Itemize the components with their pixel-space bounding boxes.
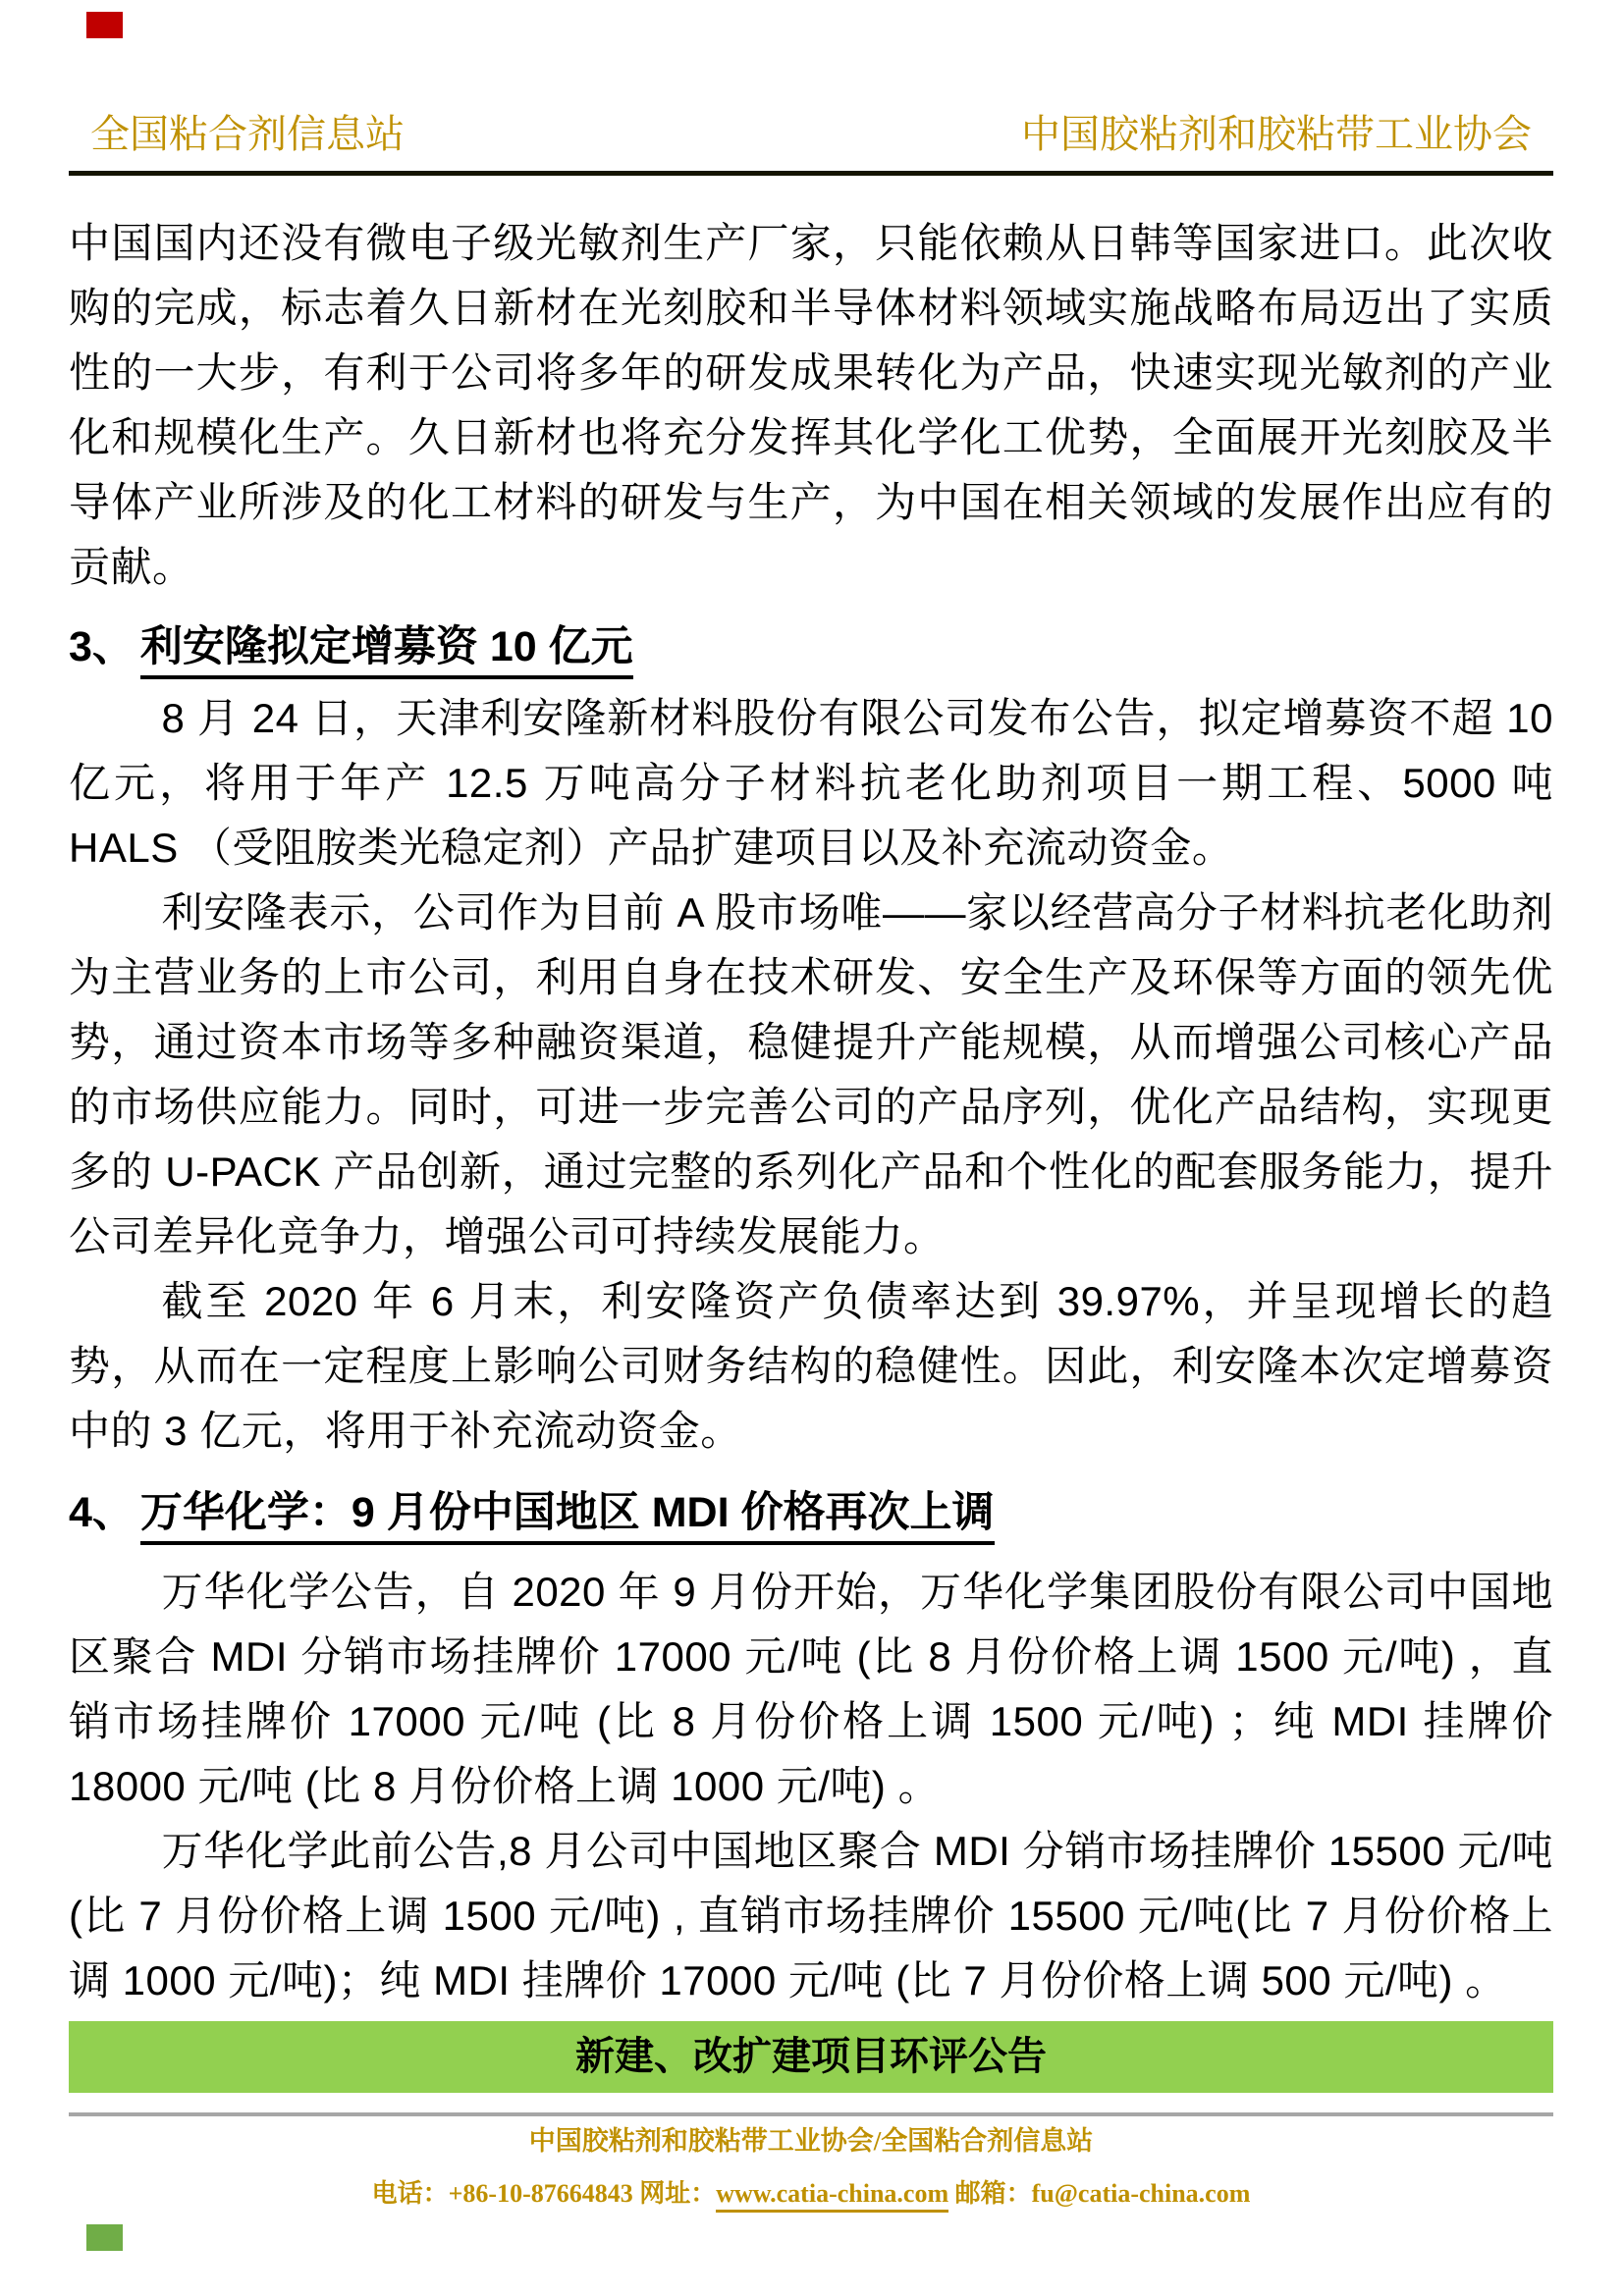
red-corner-mark — [86, 12, 123, 38]
header-left-title: 全国粘合剂信息站 — [90, 110, 405, 159]
section-4-paragraph-1: 万华化学公告，自 2020 年 9 月份开始，万华化学集团股份有限公司中国地区聚… — [69, 1560, 1553, 1819]
footer-email: 邮箱：fu@catia-china.com — [948, 2179, 1250, 2208]
section-3-number: 3、 — [69, 623, 135, 670]
header-right-title: 中国胶粘剂和胶粘带工业协会 — [1021, 110, 1532, 159]
banner-title: 新建、改扩建项目环评公告 — [575, 2035, 1047, 2078]
footer-phone-and-web-label: 电话：+86-10-87664843 网址： — [372, 2179, 717, 2208]
footer-contact-line: 电话：+86-10-87664843 网址：www.catia-china.co… — [69, 2179, 1553, 2209]
section-banner: 新建、改扩建项目环评公告 — [69, 2021, 1553, 2093]
paragraph-continuation: 中国国内还没有微电子级光敏剂生产厂家，只能依赖从日韩等国家进口。此次收购的完成，… — [69, 211, 1553, 600]
section-3-paragraph-1: 8 月 24 日，天津利安隆新材料股份有限公司发布公告，拟定增募资不超 10 亿… — [69, 686, 1553, 881]
section-3-paragraph-2: 利安隆表示，公司作为目前 A 股市场唯——家以经营高分子材料抗老化助剂为主营业务… — [69, 881, 1553, 1269]
section-4-title: 万华化学：9 月份中国地区 MDI 价格再次上调 — [140, 1489, 995, 1545]
footer-website-link[interactable]: www.catia-china.com — [716, 2179, 948, 2213]
section-3-heading: 3、利安隆拟定增募资 10 亿元 — [69, 623, 1553, 670]
document-page: 全国粘合剂信息站 中国胶粘剂和胶粘带工业协会 中国国内还没有微电子级光敏剂生产厂… — [0, 0, 1624, 2296]
section-4-heading: 4、万华化学：9 月份中国地区 MDI 价格再次上调 — [69, 1489, 1553, 1536]
footer-organization: 中国胶粘剂和胶粘带工业协会/全国粘合剂信息站 — [69, 2126, 1553, 2156]
section-4-number: 4、 — [69, 1489, 135, 1536]
green-corner-mark — [86, 2224, 123, 2251]
section-3-title: 利安隆拟定增募资 10 亿元 — [140, 623, 633, 679]
footer-divider — [69, 2112, 1553, 2116]
page-header: 全国粘合剂信息站 中国胶粘剂和胶粘带工业协会 — [69, 110, 1553, 176]
section-3-paragraph-3: 截至 2020 年 6 月末，利安隆资产负债率达到 39.97%，并呈现增长的趋… — [69, 1269, 1553, 1464]
page-content: 全国粘合剂信息站 中国胶粘剂和胶粘带工业协会 中国国内还没有微电子级光敏剂生产厂… — [69, 110, 1553, 2209]
section-4-paragraph-2: 万华化学此前公告,8 月公司中国地区聚合 MDI 分销市场挂牌价 15500 元… — [69, 1819, 1553, 2013]
